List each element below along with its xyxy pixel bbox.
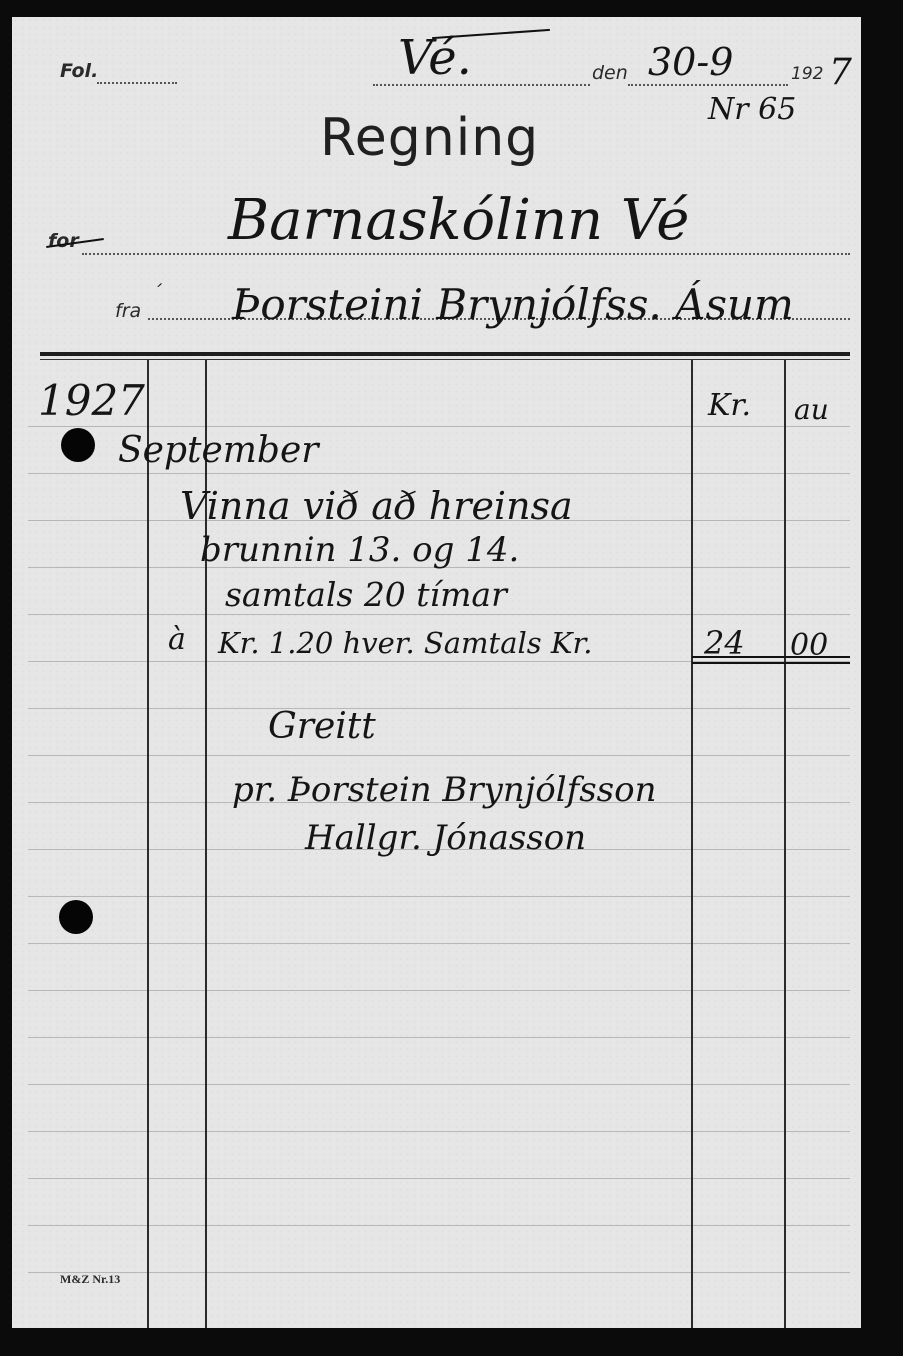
paid-stamp: Greitt [268, 706, 376, 747]
line-item-1: Vinna við að hreinsa [180, 484, 573, 528]
total-underline-2 [692, 662, 850, 664]
total-underline-1 [692, 656, 850, 658]
document-title: Regning [320, 108, 539, 168]
from-value: Þorsteini Brynjólfss. Ásum [232, 280, 794, 329]
line-item-4: Kr. 1.20 hver. Samtals Kr. [218, 626, 592, 660]
fra-accent-mark: ´ [152, 280, 162, 304]
entry-year: 1927 [38, 376, 145, 425]
signed-for: pr. Þorstein Brynjólfsson [232, 770, 657, 810]
invoice-number: Nr 65 [708, 92, 796, 127]
perforated-edge [12, 12, 861, 22]
year-digit-value: 7 [829, 52, 852, 93]
column-line-au [784, 360, 786, 1328]
header-rule-thick [40, 352, 850, 356]
column-line-date [147, 360, 149, 1328]
column-line-kr [691, 360, 693, 1328]
currency-header: Kr. [708, 388, 751, 423]
folio-label: Fol. [60, 60, 98, 82]
folio-field [97, 82, 177, 84]
for-value: Barnaskólinn Vé [228, 188, 689, 253]
hole-punch-top [61, 428, 95, 462]
date-prefix-label: den [592, 62, 628, 84]
date-value: 30-9 [648, 40, 733, 84]
entry-month: September [118, 430, 318, 471]
for-field [82, 253, 850, 255]
date-field [628, 84, 788, 86]
subunit-header: au [794, 393, 829, 426]
fra-label: fra [115, 300, 141, 322]
hole-punch-bottom [59, 900, 93, 934]
header-rule-thin [40, 359, 850, 360]
line-item-3: samtals 20 tímar [225, 575, 507, 614]
year-prefix-label: 192 [791, 64, 823, 84]
line-item-2: brunnin 13. og 14. [200, 530, 519, 570]
signature: Hallgr. Jónasson [305, 818, 586, 858]
at-symbol: à [168, 622, 186, 657]
printer-mark: M&Z Nr.13 [60, 1272, 120, 1287]
